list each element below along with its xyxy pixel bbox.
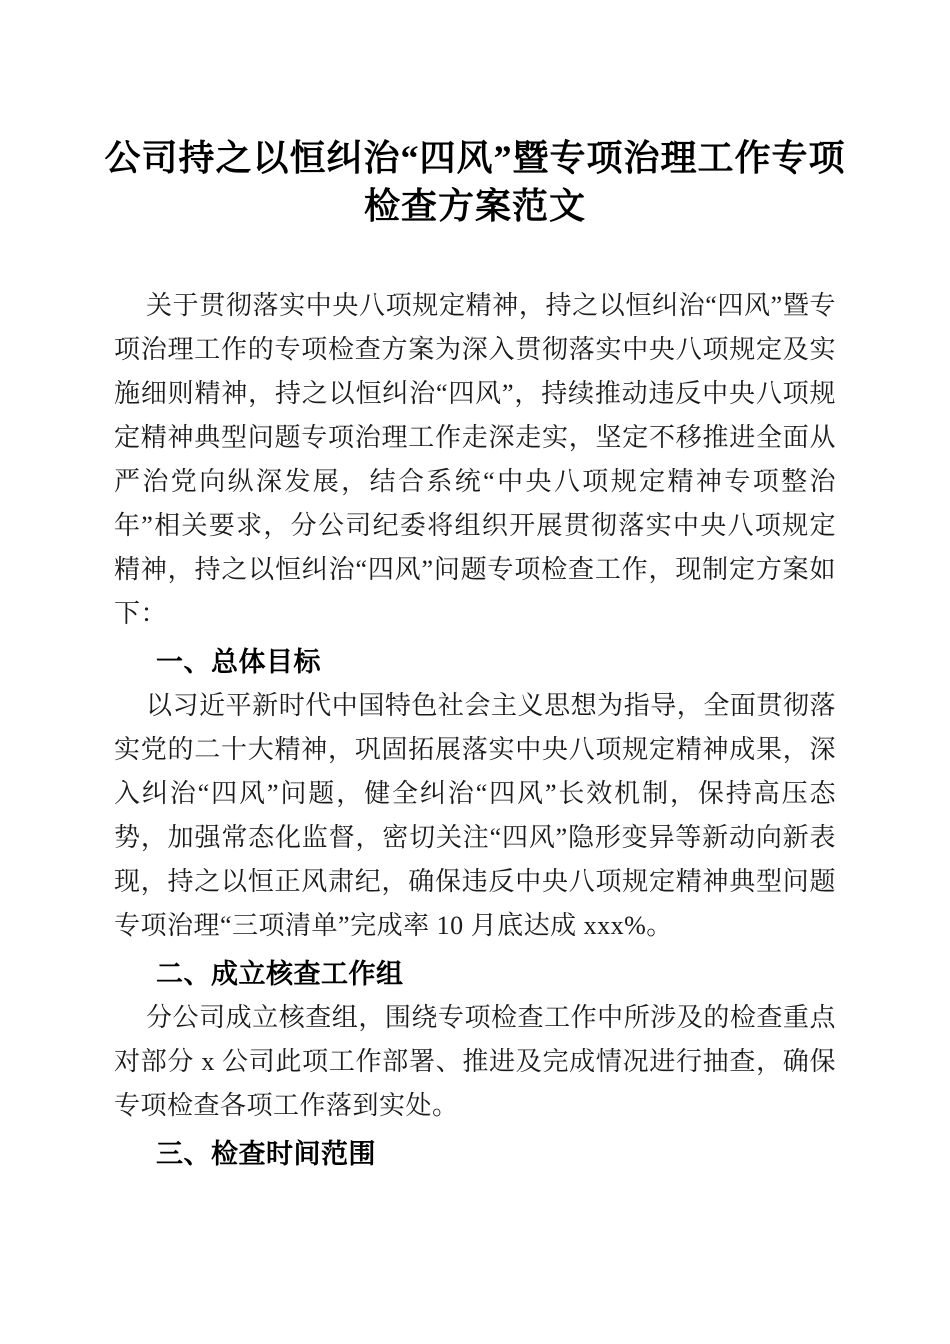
- section-body-overall-goal: 以习近平新时代中国特色社会主义思想为指导，全面贯彻落实党的二十大精神，巩固拓展落…: [114, 684, 836, 948]
- section-heading-verification-group: 二、成立核查工作组: [114, 952, 836, 996]
- section-body-verification-group: 分公司成立核查组，围绕专项检查工作中所涉及的检查重点对部分 x 公司此项工作部署…: [114, 996, 836, 1128]
- document-page: 公司持之以恒纠治“四风”暨专项治理工作专项检查方案范文 关于贯彻落实中央八项规定…: [0, 0, 950, 1344]
- document-body: 关于贯彻落实中央八项规定精神，持之以恒纠治“四风”暨专项治理工作的专项检查方案为…: [114, 284, 836, 1176]
- section-heading-overall-goal: 一、总体目标: [114, 640, 836, 684]
- intro-paragraph: 关于贯彻落实中央八项规定精神，持之以恒纠治“四风”暨专项治理工作的专项检查方案为…: [114, 284, 836, 636]
- section-heading-inspection-time-range: 三、检查时间范围: [114, 1132, 836, 1176]
- document-title: 公司持之以恒纠治“四风”暨专项治理工作专项检查方案范文: [94, 134, 856, 230]
